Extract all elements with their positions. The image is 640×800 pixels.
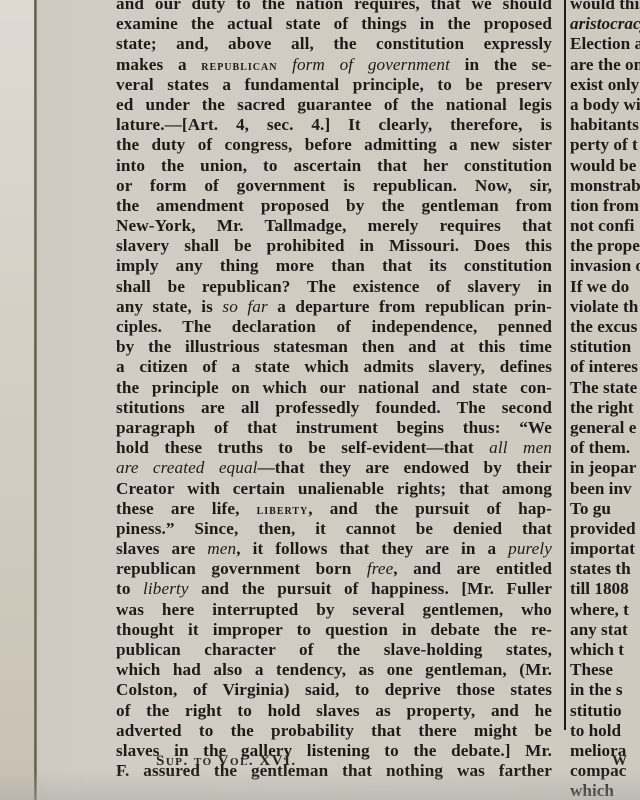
text-line: a citizen of a state which admits slaver… xyxy=(116,357,552,377)
text-line-fragment: the right xyxy=(570,398,640,418)
text-line-fragment: which t xyxy=(570,640,640,660)
text-line: ciples. The declaration of independence,… xyxy=(116,317,552,337)
text-line-fragment: of interes xyxy=(570,357,640,377)
text-line-fragment: monstrabl xyxy=(570,176,640,196)
text-line: imply any thing more than that its const… xyxy=(116,256,552,276)
text-line: makes a republican form of government in… xyxy=(116,55,552,75)
text-line-fragment: in the s xyxy=(570,680,640,700)
page-signature: Sup. to Vol. XVI. xyxy=(156,753,297,770)
text-line-fragment: been inv xyxy=(570,479,640,499)
text-line-fragment: not confi xyxy=(570,216,640,236)
text-line-fragment: invasion o xyxy=(570,256,640,276)
text-line: republican government born free, and are… xyxy=(116,559,552,579)
page-fold-edge xyxy=(34,0,37,800)
right-article-column-fragment: would thisaristocracyElection aare the o… xyxy=(570,0,640,800)
text-line-fragment: of them. xyxy=(570,438,640,458)
page-signature-mark: W xyxy=(612,753,627,770)
text-line-fragment: perty of t xyxy=(570,135,640,155)
text-line-fragment: where, t xyxy=(570,600,640,620)
text-line-fragment: the excus xyxy=(570,317,640,337)
text-line: shall be republican? The existence of sl… xyxy=(116,277,552,297)
text-line: lature.—[Art. 4, sec. 4.] It clearly, th… xyxy=(116,115,552,135)
text-line-fragment: exist only xyxy=(570,75,640,95)
text-line-fragment: Election a xyxy=(570,34,640,54)
text-line-fragment: would this xyxy=(570,0,640,14)
text-line: the amendment proposed by the gentleman … xyxy=(116,196,552,216)
text-line-fragment: habitants xyxy=(570,115,640,135)
text-line: stitutions are all professedly founded. … xyxy=(116,398,552,418)
text-line: the duty of congress, before admitting a… xyxy=(116,135,552,155)
text-line: was here interrupted by several gentleme… xyxy=(116,600,552,620)
text-line: veral states a fundamental principle, to… xyxy=(116,75,552,95)
text-line-fragment: aristocracy xyxy=(570,14,640,34)
text-line: paragraph of that instrument begins thus… xyxy=(116,418,552,438)
main-article-column: and our duty to the nation requires, tha… xyxy=(116,0,552,781)
text-line-fragment: general e xyxy=(570,418,640,438)
text-line-fragment: would be xyxy=(570,156,640,176)
text-line-fragment: the proper xyxy=(570,236,640,256)
text-line: are created equal—that they are endowed … xyxy=(116,458,552,478)
newspaper-page: and our duty to the nation requires, tha… xyxy=(0,0,640,800)
text-line: or form of government is republican. Now… xyxy=(116,176,552,196)
text-line: Creator with certain unalienable rights;… xyxy=(116,479,552,499)
text-line-fragment: stitutio xyxy=(570,701,640,721)
text-line: state; and, above all, the constitution … xyxy=(116,34,552,54)
text-line-fragment: in jeopar xyxy=(570,458,640,478)
text-line-fragment: To gu xyxy=(570,499,640,519)
text-line-fragment: any stat xyxy=(570,620,640,640)
text-line: adverted to the probability that there m… xyxy=(116,721,552,741)
text-line-fragment: a body wi xyxy=(570,95,640,115)
text-line-fragment: tion from xyxy=(570,196,640,216)
text-line: thought it improper to question in debat… xyxy=(116,620,552,640)
text-line: piness.” Since, then, it cannot be denie… xyxy=(116,519,552,539)
text-line-fragment: stitution xyxy=(570,337,640,357)
text-line: and our duty to the nation requires, tha… xyxy=(116,0,552,14)
text-line-fragment: The state xyxy=(570,378,640,398)
text-line: of the right to hold slaves as property,… xyxy=(116,701,552,721)
text-line: any state, is so far a departure from re… xyxy=(116,297,552,317)
text-line-fragment: These xyxy=(570,660,640,680)
page-margin xyxy=(0,0,34,800)
text-line: by the illustrious statesman then and at… xyxy=(116,337,552,357)
text-line: the principle on which our national and … xyxy=(116,378,552,398)
text-line: publican character of the slave-holding … xyxy=(116,640,552,660)
text-line-fragment: meliora xyxy=(570,741,640,761)
text-line: examine the actual state of things in th… xyxy=(116,14,552,34)
text-line-fragment: provided xyxy=(570,519,640,539)
text-line: ed under the sacred guarantee of the nat… xyxy=(116,95,552,115)
column-divider xyxy=(564,0,566,730)
text-line: New-York, Mr. Tallmadge, merely requires… xyxy=(116,216,552,236)
text-line-fragment: violate th xyxy=(570,297,640,317)
text-line: to liberty and the pursuit of happiness.… xyxy=(116,579,552,599)
text-line: these are life, liberty, and the pursuit… xyxy=(116,499,552,519)
text-line-fragment: states th xyxy=(570,559,640,579)
page-bottom-shadow xyxy=(0,770,640,800)
text-line-fragment: If we do xyxy=(570,277,640,297)
text-line: hold these truths to be self-evident—tha… xyxy=(116,438,552,458)
text-line-fragment: importat xyxy=(570,539,640,559)
text-line: Colston, of Virginia) said, to deprive t… xyxy=(116,680,552,700)
text-line-fragment: are the onl xyxy=(570,55,640,75)
text-line: which had also a tendency, as one gentle… xyxy=(116,660,552,680)
text-line-fragment: to hold xyxy=(570,721,640,741)
text-line: slavery shall be prohibited in Missouri.… xyxy=(116,236,552,256)
text-line: slaves are men, it follows that they are… xyxy=(116,539,552,559)
text-line: into the union, to ascertain that her co… xyxy=(116,156,552,176)
text-line-fragment: till 1808 xyxy=(570,579,640,599)
